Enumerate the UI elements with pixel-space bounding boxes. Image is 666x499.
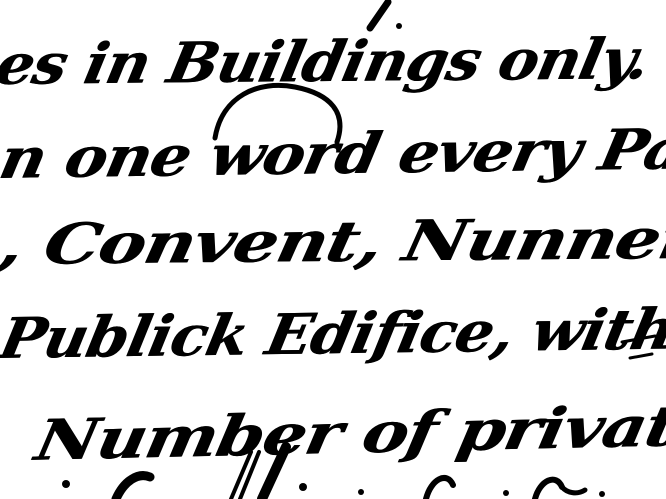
manuscript-line-4: Publick Edifice, with xyxy=(0,296,666,372)
manuscript-line-3: , Convent, Nunnery, xyxy=(0,205,666,278)
manuscript-line-1: es in Buildings only. xyxy=(0,26,654,98)
manuscript-page: es in Buildings only. n one word every P… xyxy=(0,0,666,499)
ascender-fragment-top-icon xyxy=(370,2,402,29)
manuscript-line-5: Number of private xyxy=(30,392,666,474)
manuscript-line-2: n one word every Pa= xyxy=(0,116,666,192)
